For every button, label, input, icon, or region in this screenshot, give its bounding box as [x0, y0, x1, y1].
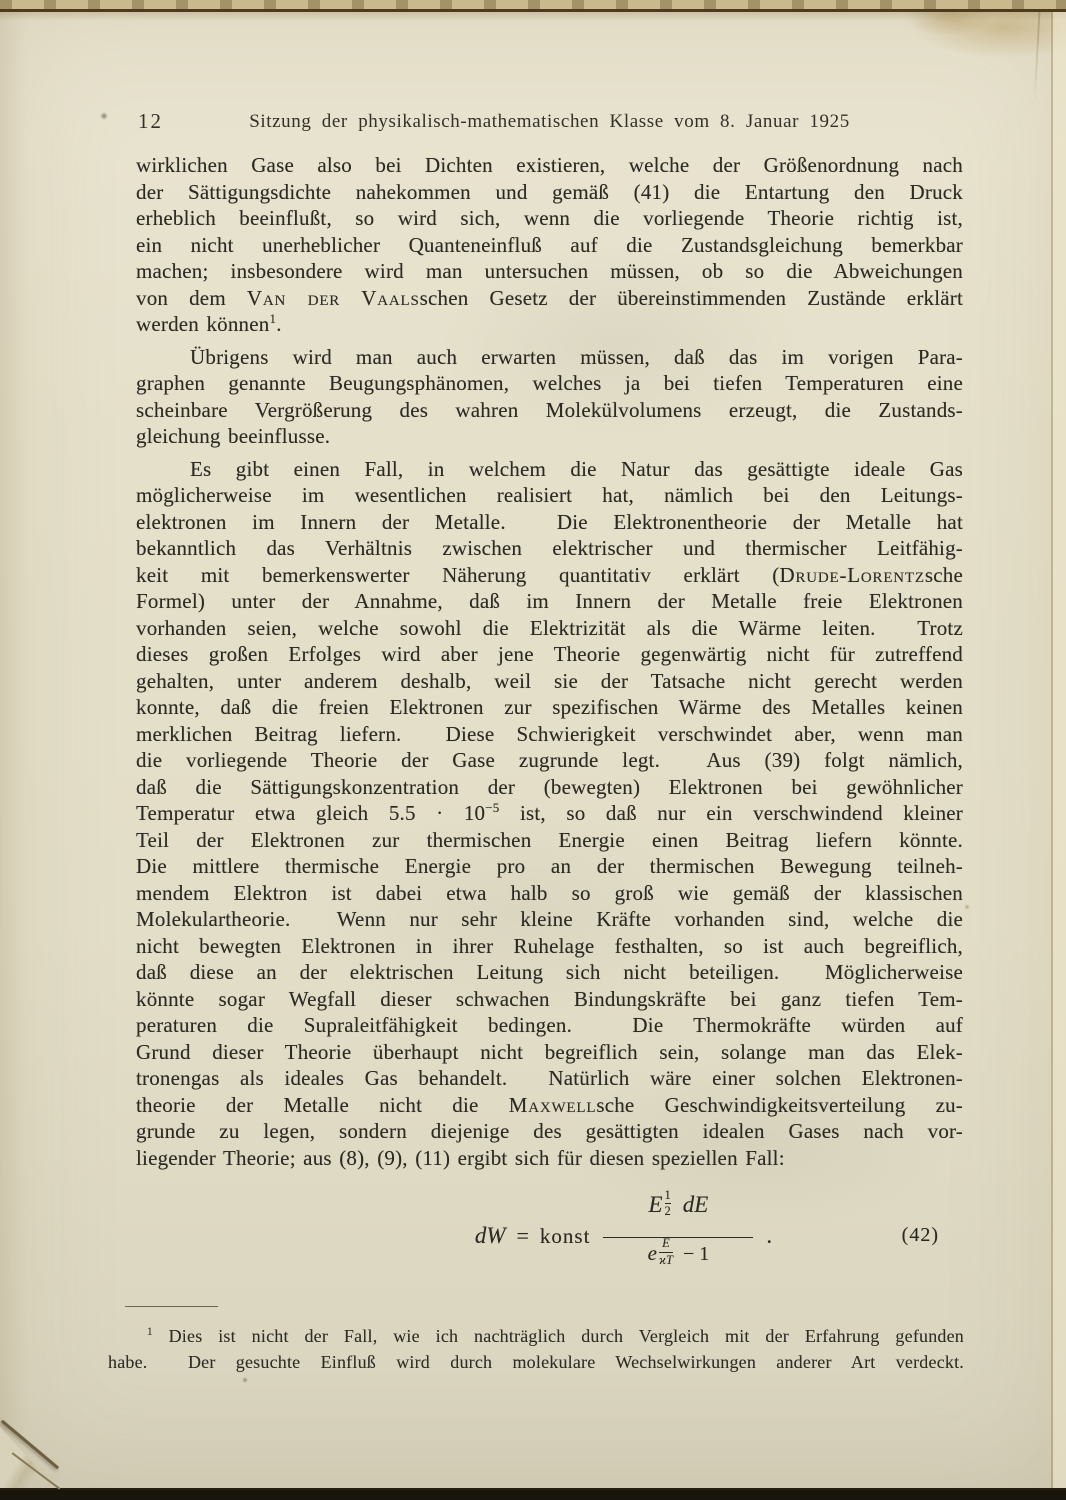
scanned-paper-page: { "colors": { "paper": "#e5e0ca", "ink":… [0, 0, 1066, 1500]
text-line: Grund dieser Theorie überhaupt nicht beg… [136, 1039, 963, 1066]
running-header: 12 Sitzung der physikalisch-mathematisch… [136, 111, 963, 137]
fraction-bar [603, 1237, 753, 1238]
text-line: Die mittlere thermische Energie pro an d… [136, 853, 963, 880]
text-line: möglicherweise im wesentlichen realisier… [136, 482, 963, 509]
equation-number: (42) [902, 1224, 939, 1247]
text-line: daß die Sättigungskonzentration der (bew… [136, 774, 963, 801]
equation-period: . [766, 1223, 772, 1249]
text-line: dieses großen Erfolges wird aber jene Th… [136, 641, 963, 668]
text-line: könnte sogar Wegfall dieser schwachen Bi… [136, 986, 963, 1013]
text-line: Formel) unter der Annahme, daß im Innern… [136, 588, 963, 615]
text-line: die vorliegende Theorie der Gase zugrund… [136, 747, 963, 774]
text-line: Es gibt einen Fall, in welchem die Natur… [136, 456, 963, 483]
header-title: Sitzung der physikalisch-mathematischen … [136, 111, 963, 133]
denominator-tail: − 1 [683, 1243, 709, 1265]
text-line: graphen genannte Beugungsphänomen, welch… [136, 370, 963, 397]
footnote: 1 Dies ist nicht der Fall, wie ich nacht… [108, 1324, 964, 1375]
equation-expression: dW = konst E12dE eEϰT− 1 . [475, 1192, 772, 1281]
paragraph: Es gibt einen Fall, in welchem die Natur… [136, 456, 963, 1172]
text-line: grunde zu legen, sondern diejenige des g… [136, 1118, 963, 1145]
text-line: daß diese an der elektrischen Leitung si… [136, 959, 963, 986]
text-line: gleichung beeinflusse. [136, 423, 963, 450]
text-line: Temperatur etwa gleich 5.5 · 10−5 ist, s… [136, 800, 963, 827]
text-line: von dem Van der Vaalsschen Gesetz der üb… [136, 285, 963, 312]
text-line: scheinbare Vergrößerung des wahren Molek… [136, 397, 963, 424]
page-right-edge-crease [1051, 12, 1066, 1488]
text-line: elektronen im Innern der Metalle. Die El… [136, 509, 963, 536]
equation-42: dW = konst E12dE eEϰT− 1 . (42) [136, 1170, 963, 1302]
numerator-base: E [648, 1192, 662, 1217]
fraction-denominator: eEϰT− 1 [638, 1241, 720, 1281]
equation-lhs: dW [475, 1223, 506, 1249]
text-line: wirklichen Gase also bei Dichten existie… [136, 152, 963, 179]
text-line: keit mit bemerkenswerter Näherung quanti… [136, 562, 963, 589]
bottom-left-fold [0, 1422, 72, 1488]
text-line: Teil der Elektronen zur thermischen Ener… [136, 827, 963, 854]
text-line: merklichen Beitrag liefern. Diese Schwie… [136, 721, 963, 748]
footnote-separator [125, 1306, 218, 1307]
paragraph: wirklichen Gase also bei Dichten existie… [136, 152, 963, 338]
text-line: erheblich beeinflußt, so wird sich, wenn… [136, 205, 963, 232]
page-number: 12 [138, 109, 163, 134]
footnote-line: habe. Der gesuchte Einfluß wird durch mo… [108, 1350, 964, 1376]
text-line: werden können1. [136, 311, 963, 338]
equation-konst: konst [540, 1224, 591, 1249]
text-line: konnte, daß die freien Elektronen zur sp… [136, 694, 963, 721]
numerator-exponent: 12 [665, 1189, 671, 1220]
top-right-crease [1034, 12, 1041, 104]
denominator-base: e [648, 1241, 657, 1265]
fraction-numerator: E12dE [638, 1192, 718, 1233]
text-line: nicht bewegten Elektronen in ihrer Ruhel… [136, 933, 963, 960]
paragraph: Übrigens wird man auch erwarten müssen, … [136, 344, 963, 450]
text-line: gehalten, unter anderem deshalb, weil si… [136, 668, 963, 695]
text-line: der Sättigungsdichte nahekommen und gemä… [136, 179, 963, 206]
paper-page: 12 Sitzung der physikalisch-mathematisch… [0, 9, 1066, 1490]
text-line: tronengas als ideales Gas behandelt. Nat… [136, 1065, 963, 1092]
text-line: ein nicht unerheblicher Quanteneinfluß a… [136, 232, 963, 259]
fraction: E12dE eEϰT− 1 [603, 1192, 753, 1281]
denominator-exponent: EϰT [659, 1237, 673, 1268]
text-line: Molekulartheorie. Wenn nur sehr kleine K… [136, 906, 963, 933]
text-line: mendem Elektron ist dabei etwa halb so g… [136, 880, 963, 907]
text-line: liegender Theorie; aus (8), (9), (11) er… [136, 1145, 963, 1172]
footnote-line: 1 Dies ist nicht der Fall, wie ich nacht… [108, 1324, 964, 1350]
text-line: bekanntlich das Verhältnis zwischen elek… [136, 535, 963, 562]
numerator-differential: dE [683, 1192, 709, 1217]
text-line: Übrigens wird man auch erwarten müssen, … [136, 344, 963, 371]
text-line: vorhanden seien, welche sowohl die Elekt… [136, 615, 963, 642]
body-text: wirklichen Gase also bei Dichten existie… [136, 152, 963, 1171]
text-line: theorie der Metalle nicht die Maxwellsch… [136, 1092, 963, 1119]
equals-sign: = [516, 1223, 528, 1249]
text-line: machen; insbesondere wird man untersuche… [136, 258, 963, 285]
text-line: peraturen die Supraleitfähigkeit bedinge… [136, 1012, 963, 1039]
